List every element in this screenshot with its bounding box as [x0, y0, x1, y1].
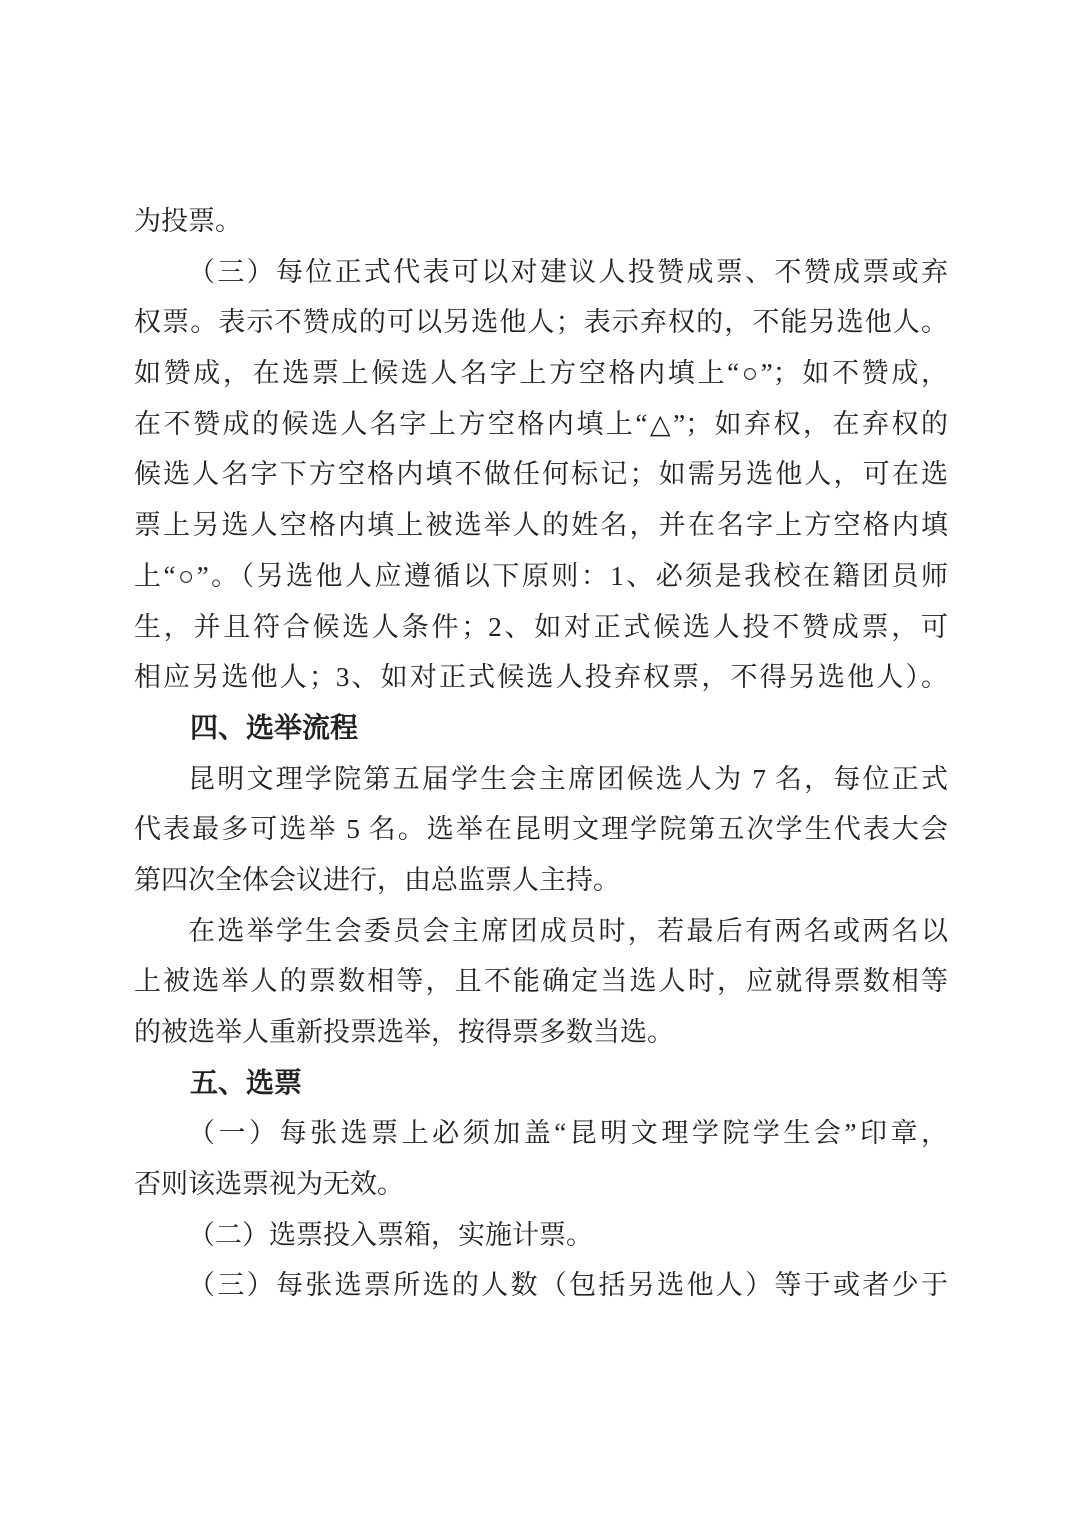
text-line: 为投票。 [134, 196, 948, 247]
text-line: 生，并且符合候选人条件；2、如对正式候选人投不赞成票，可 [134, 602, 948, 653]
text-line: 候选人名字下方空格内填不做任何标记；如需另选他人，可在选 [134, 449, 948, 500]
section-heading-ballot: 五、选票 [134, 1058, 948, 1109]
text-line: 上“○”。（另选他人应遵循以下原则：1、必须是我校在籍团员师 [134, 551, 948, 602]
text-line: 否则该选票视为无效。 [134, 1159, 948, 1210]
document-text-block: 为投票。 （三）每位正式代表可以对建议人投赞成票、不赞成票或弃 权票。表示不赞成… [134, 196, 948, 1311]
text-line: 代表最多可选举 5 名。选举在昆明文理学院第五次学生代表大会 [134, 804, 948, 855]
text-line: 在不赞成的候选人名字上方空格内填上“△”；如弃权，在弃权的 [134, 399, 948, 450]
text-line: （三）每张选票所选的人数（包括另选他人）等于或者少于 [134, 1260, 948, 1311]
section-heading-election-process: 四、选举流程 [134, 703, 948, 754]
text-line: 在选举学生会委员会主席团成员时，若最后有两名或两名以 [134, 906, 948, 957]
document-page: 为投票。 （三）每位正式代表可以对建议人投赞成票、不赞成票或弃 权票。表示不赞成… [0, 0, 1080, 1527]
text-line: 上被选举人的票数相等，且不能确定当选人时，应就得票数相等 [134, 956, 948, 1007]
text-line: 第四次全体会议进行，由总监票人主持。 [134, 855, 948, 906]
text-line: 昆明文理学院第五届学生会主席团候选人为 7 名，每位正式 [134, 754, 948, 805]
text-line: 相应另选他人；3、如对正式候选人投弃权票，不得另选他人）。 [134, 652, 948, 703]
text-line: 的被选举人重新投票选举，按得票多数当选。 [134, 1007, 948, 1058]
text-line: （一）每张选票上必须加盖“昆明文理学院学生会”印章， [134, 1108, 948, 1159]
text-line: 如赞成，在选票上候选人名字上方空格内填上“○”；如不赞成， [134, 348, 948, 399]
text-line: （二）选票投入票箱，实施计票。 [134, 1210, 948, 1261]
text-line: （三）每位正式代表可以对建议人投赞成票、不赞成票或弃 [134, 247, 948, 298]
text-line: 票上另选人空格内填上被选举人的姓名，并在名字上方空格内填 [134, 500, 948, 551]
text-line: 权票。表示不赞成的可以另选他人；表示弃权的，不能另选他人。 [134, 297, 948, 348]
